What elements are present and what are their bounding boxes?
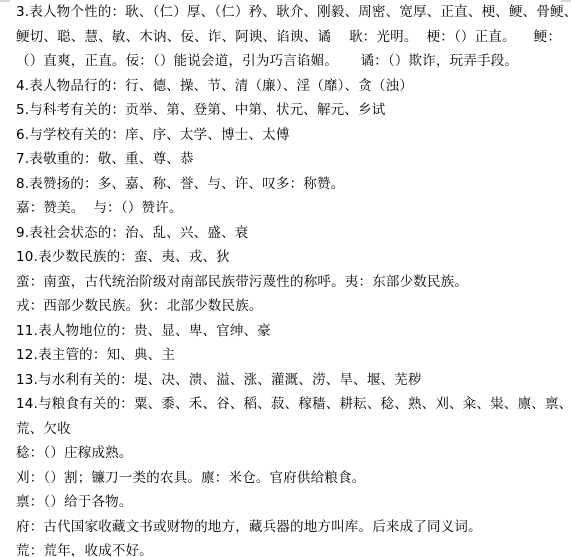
section-14-note-1: 稔：（）庄稼成熟。	[16, 441, 564, 466]
section-10-note-1: 蛮：南蛮，古代统治阶级对南部民族带污蔑性的称呼。夷：东部少数民族。	[16, 270, 564, 295]
section-6-line: 6.与学校有关的：庠、序、太学、博士、太傅	[16, 123, 564, 148]
section-7-line: 7.表敬重的：敬、重、尊、恭	[16, 147, 564, 172]
page-corner-mark-left	[0, 0, 10, 2]
section-14-note-3: 禀：（）给于各物。	[16, 490, 564, 515]
section-3-line-1: 3.表人物个性的：耿、（仁）厚、（仁）矜、耿介、刚毅、周密、宽厚、正直、梗、鲠、…	[16, 0, 564, 25]
section-3-line-2: 鲠切、聪、慧、敏、木讷、佞、诈、阿谀、谄谀、谲 耿：光明。 梗：（）正直。 鲠：	[16, 25, 564, 50]
section-8-line: 8.表赞扬的：多、嘉、称、誉、与、许、叹多：称赞。	[16, 172, 564, 197]
section-14-line-2: 荒、欠收	[16, 417, 564, 442]
section-14-note-5: 荒：荒年，收成不好。	[16, 539, 564, 557]
section-4-line: 4.表人物品行的：行、德、操、节、清（廉）、淫（靡）、贪（浊）	[16, 74, 564, 99]
section-5-line: 5.与科考有关的：贡举、第、登第、中第、状元、解元、乡试	[16, 98, 564, 123]
section-14-note-2: 刈：（）割；镰刀一类的农具。廪：米仓。官府供给粮食。	[16, 466, 564, 491]
section-10-note-2: 戎：西部少数民族。狄：北部少数民族。	[16, 294, 564, 319]
section-14-note-4: 府：古代国家收藏文书或财物的地方，藏兵器的地方叫库。后来成了同义词。	[16, 515, 564, 540]
section-11-line: 11.表人物地位的：贵、显、卑、官绅、豪	[16, 319, 564, 344]
section-3-line-3: （）直爽，正直。佞：（）能说会道，引为巧言谄媚。 谲：（）欺诈，玩弄手段。	[16, 49, 564, 74]
section-14-line-1: 14.与粮食有关的：粟、黍、禾、谷、稻、菽、稼穑、耕耘、稔、熟、刈、籴、粜、廪、…	[16, 392, 564, 417]
document-body: 3.表人物个性的：耿、（仁）厚、（仁）矜、耿介、刚毅、周密、宽厚、正直、梗、鲠、…	[16, 0, 564, 557]
section-13-line: 13.与水利有关的：堤、决、溃、溢、涨、灌溉、涝、旱、堰、芜秽	[16, 368, 564, 393]
section-12-line: 12.表主管的：知、典、主	[16, 343, 564, 368]
section-9-line: 9.表社会状态的：治、乱、兴、盛、衰	[16, 221, 564, 246]
section-8-note: 嘉：赞美。 与：（）赞许。	[16, 196, 564, 221]
section-10-line: 10.表少数民族的：蛮、夷、戎、狄	[16, 245, 564, 270]
